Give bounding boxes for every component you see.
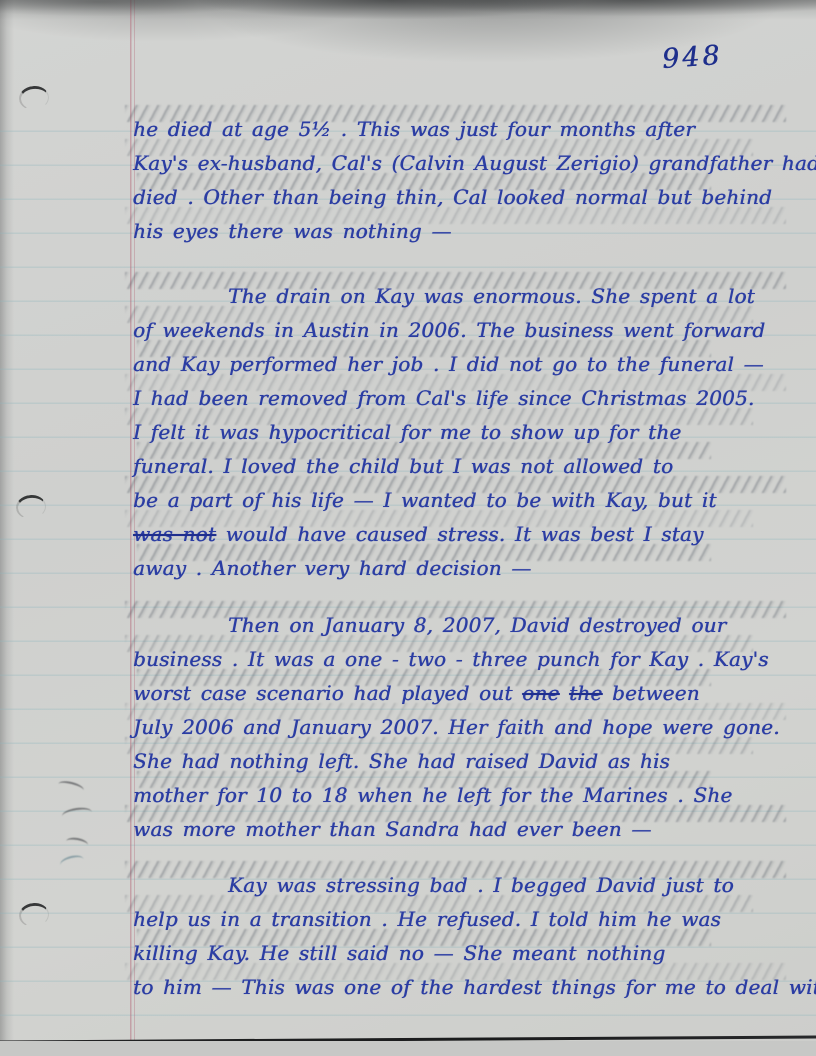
handwriting-line: mother for 10 to 18 when he left for the… xyxy=(133,778,801,812)
handwriting-line: to him — This was one of the hardest thi… xyxy=(133,970,801,1004)
text-segment xyxy=(559,681,569,705)
text-segment: mother for 10 to 18 when he left for the… xyxy=(133,783,732,807)
smudge-mark xyxy=(57,779,85,795)
handwriting-line: I felt it was hypocritical for me to sho… xyxy=(133,415,801,449)
smudge-mark xyxy=(65,836,88,850)
paragraph: The drain on Kay was enormous. She spent… xyxy=(133,279,801,585)
handwriting-line: be a part of his life — I wanted to be w… xyxy=(133,483,801,517)
handwriting-line: of weekends in Austin in 2006. The busin… xyxy=(133,313,801,347)
text-segment: he died at age 5½ . This was just four m… xyxy=(133,117,695,141)
handwriting-line: She had nothing left. She had raised Dav… xyxy=(133,744,801,778)
struck-text: one xyxy=(522,681,559,705)
text-segment: killing Kay. He still said no — She mean… xyxy=(133,941,665,965)
handwriting-line: died . Other than being thin, Cal looked… xyxy=(133,180,801,214)
struck-text: was not xyxy=(133,522,216,546)
paragraph: he died at age 5½ . This was just four m… xyxy=(133,112,801,248)
handwriting-line: Kay's ex-husband, Cal's (Calvin August Z… xyxy=(133,146,801,180)
handwriting-line: away . Another very hard decision — xyxy=(133,551,801,585)
text-segment: of weekends in Austin in 2006. The busin… xyxy=(133,318,765,342)
handwriting-line: Then on January 8, 2007, David destroyed… xyxy=(133,608,801,642)
hole-punch xyxy=(15,493,47,520)
text-segment: The drain on Kay was enormous. She spent… xyxy=(228,284,755,308)
text-segment: would have caused stress. It was best I … xyxy=(216,522,704,546)
handwriting-line: was not would have caused stress. It was… xyxy=(133,517,801,551)
text-segment: was more mother than Sandra had ever bee… xyxy=(133,817,652,841)
text-segment: and Kay performed her job . I did not go… xyxy=(133,352,764,376)
text-segment: died . Other than being thin, Cal looked… xyxy=(133,185,772,209)
handwriting-line: he died at age 5½ . This was just four m… xyxy=(133,112,801,146)
text-segment: I felt it was hypocritical for me to sho… xyxy=(133,420,681,444)
handwriting-line: help us in a transition . He refused. I … xyxy=(133,902,801,936)
text-segment: help us in a transition . He refused. I … xyxy=(133,907,721,931)
struck-text: the xyxy=(569,681,602,705)
handwriting-paragraphs: he died at age 5½ . This was just four m… xyxy=(133,0,801,1056)
scanner-background xyxy=(0,1041,816,1056)
text-segment: Then on January 8, 2007, David destroyed… xyxy=(228,613,726,637)
text-segment: Kay's ex-husband, Cal's (Calvin August Z… xyxy=(133,151,816,175)
text-segment: business . It was a one - two - three pu… xyxy=(133,647,769,671)
paragraph: Then on January 8, 2007, David destroyed… xyxy=(133,608,801,846)
text-segment: funeral. I loved the child but I was not… xyxy=(133,454,673,478)
text-segment: July 2006 and January 2007. Her faith an… xyxy=(133,715,780,739)
text-segment: I had been removed from Cal's life since… xyxy=(133,386,754,410)
handwriting-line: Kay was stressing bad . I begged David j… xyxy=(133,868,801,902)
handwriting-line: and Kay performed her job . I did not go… xyxy=(133,347,801,381)
handwriting-line: was more mother than Sandra had ever bee… xyxy=(133,812,801,846)
smudge-mark xyxy=(59,853,85,870)
handwriting-line: his eyes there was nothing — xyxy=(133,214,801,248)
text-segment: She had nothing left. She had raised Dav… xyxy=(133,749,670,773)
handwriting-line: July 2006 and January 2007. Her faith an… xyxy=(133,710,801,744)
smudge-mark xyxy=(61,806,92,822)
handwriting-line: funeral. I loved the child but I was not… xyxy=(133,449,801,483)
paragraph: Kay was stressing bad . I begged David j… xyxy=(133,868,801,1004)
scanned-handwritten-page: 948 he died at age 5½ . This was just fo… xyxy=(0,0,816,1056)
handwriting-line: I had been removed from Cal's life since… xyxy=(133,381,801,415)
hole-punch xyxy=(18,901,50,928)
text-segment: to him — This was one of the hardest thi… xyxy=(133,975,816,999)
text-segment: his eyes there was nothing — xyxy=(133,219,452,243)
handwriting-line: business . It was a one - two - three pu… xyxy=(133,642,801,676)
handwriting-line: The drain on Kay was enormous. She spent… xyxy=(133,279,801,313)
text-segment: Kay was stressing bad . I begged David j… xyxy=(228,873,734,897)
handwriting-line: worst case scenario had played out one t… xyxy=(133,676,801,710)
text-segment: worst case scenario had played out xyxy=(133,681,522,705)
hole-punch xyxy=(18,84,50,111)
text-segment: between xyxy=(602,681,699,705)
text-segment: be a part of his life — I wanted to be w… xyxy=(133,488,717,512)
text-segment: away . Another very hard decision — xyxy=(133,556,531,580)
handwriting-line: killing Kay. He still said no — She mean… xyxy=(133,936,801,970)
